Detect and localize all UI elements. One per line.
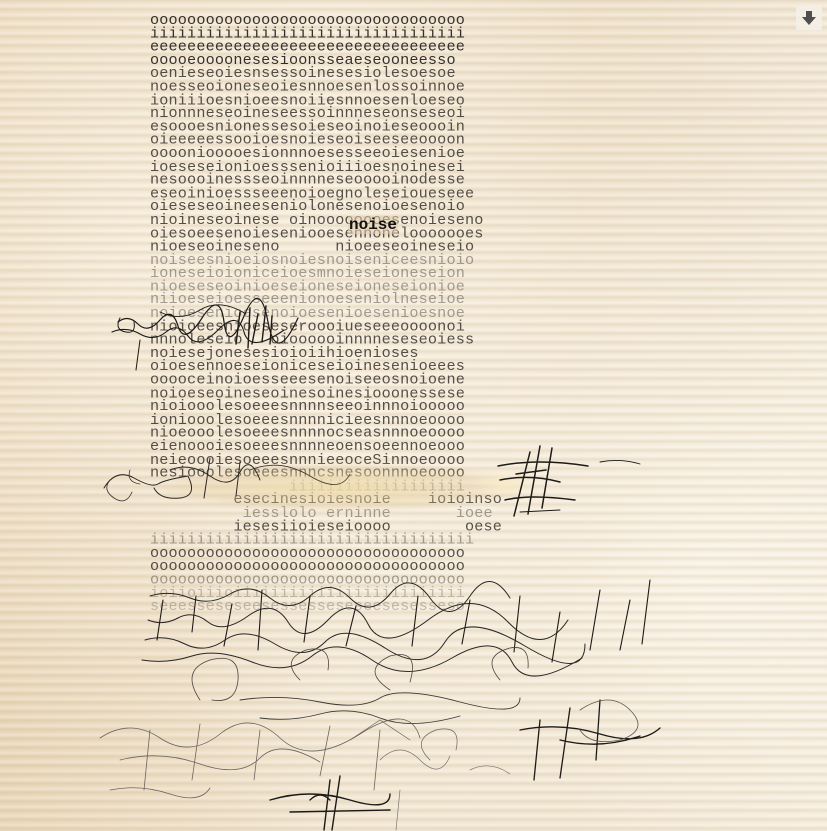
typewritten-text-grid: ooooooooooooooooooooooooooooooooooiiiiii… xyxy=(150,14,682,613)
paper-tear-highlight xyxy=(470,468,540,498)
download-button[interactable]: Download xyxy=(796,6,822,30)
typed-row: seeesseseseesessesseseseesesesseso xyxy=(150,600,682,613)
download-arrow-icon xyxy=(802,10,816,26)
paper-tear xyxy=(160,462,520,512)
artwork-image: ooooooooooooooooooooooooooooooooooiiiiii… xyxy=(0,0,827,831)
highlighted-word: noise xyxy=(348,216,398,234)
